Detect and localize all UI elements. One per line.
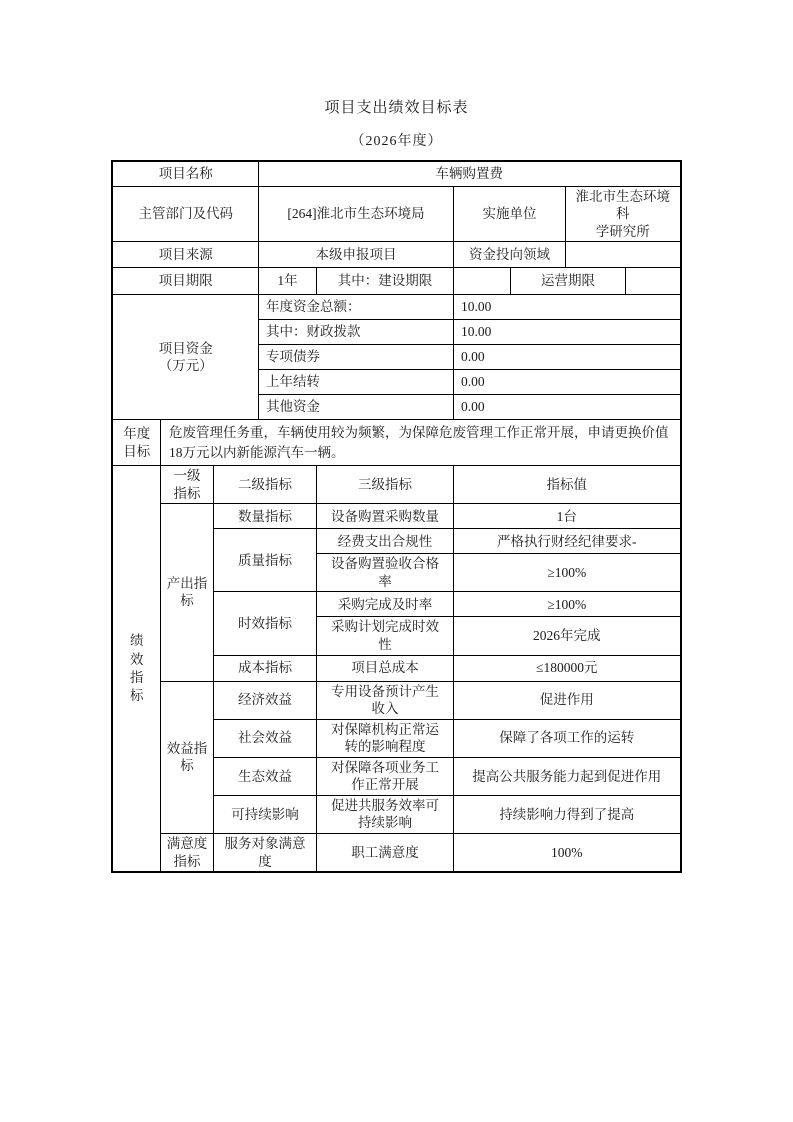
indicator-value: 1台 (454, 504, 681, 529)
dept-label: 主管部门及代码 (112, 186, 258, 242)
indicator-value: 2026年完成 (454, 617, 681, 655)
indicator-l2: 社会效益 (213, 719, 316, 757)
indicator-l2: 数量指标 (213, 504, 316, 529)
group-satisfaction-label: 满意度 指标 (160, 833, 213, 872)
period-label: 项目期限 (112, 268, 258, 295)
row-period: 项目期限 1年 其中：建设期限 运营期限 (112, 268, 680, 295)
indicator-l3: 对保障各项业务工 作正常开展 (317, 757, 454, 795)
project-name-value: 车辆购置费 (259, 161, 681, 186)
source-value: 本级申报项目 (259, 242, 454, 268)
indicator-l3: 促进共服务效率可 持续影响 (317, 795, 454, 833)
funding-row-label: 其中：财政拨款 (259, 320, 454, 345)
annual-goal-label: 年度 目标 (112, 420, 160, 466)
funding-row-value: 10.00 (454, 295, 681, 320)
build-period-label: 其中：建设期限 (317, 268, 454, 295)
header-level3: 三级指标 (317, 466, 454, 504)
indicator-row: 满意度 指标 服务对象满意度 职工满意度 100% (112, 833, 680, 872)
funding-row-label: 专项债券 (259, 345, 454, 370)
indicator-l3: 对保障机构正常运 转的影响程度 (317, 719, 454, 757)
annual-goal-text: 危废管理任务重，车辆使用较为频繁，为保障危废管理工作正常开展，申请更换价值 18… (160, 420, 680, 466)
group-output-label: 产出指 标 (160, 504, 213, 681)
indicator-value: ≤180000元 (454, 655, 681, 681)
indicator-l3: 设备购置验收合格 率 (317, 554, 454, 592)
funding-row-value: 0.00 (454, 370, 681, 395)
indicator-value: 持续影响力得到了提高 (454, 795, 681, 833)
indicator-l3: 采购计划完成时效 性 (317, 617, 454, 655)
page-title: 项目支出绩效目标表 (0, 96, 793, 117)
indicator-l2: 质量指标 (213, 529, 316, 592)
invest-field-label: 资金投向领域 (454, 242, 566, 268)
indicator-row: 效益指 标 经济效益 专用设备预计产生 收入 促进作用 (112, 681, 680, 719)
indicator-l3: 经费支出合规性 (317, 529, 454, 554)
row-funding-total: 项目资金 （万元） 年度资金总额： 10.00 (112, 295, 680, 320)
header-level1: 一级 指标 (160, 466, 213, 504)
row-department: 主管部门及代码 [264]淮北市生态环境局 实施单位 淮北市生态环境科 学研究所 (112, 186, 680, 242)
impl-unit-label: 实施单位 (454, 186, 566, 242)
funding-row-label: 其他资金 (259, 395, 454, 420)
source-label: 项目来源 (112, 242, 258, 268)
period-value: 1年 (259, 268, 317, 295)
funding-row-label: 上年结转 (259, 370, 454, 395)
funding-row-value: 10.00 (454, 320, 681, 345)
funding-row-label: 年度资金总额： (259, 295, 454, 320)
indicator-value: 100% (454, 833, 681, 872)
indicator-value: 提高公共服务能力起到促进作用 (454, 757, 681, 795)
row-project-name: 项目名称 车辆购置费 (112, 161, 680, 186)
indicator-l3: 专用设备预计产生 收入 (317, 681, 454, 719)
header-value: 指标值 (454, 466, 681, 504)
indicator-l3: 设备购置采购数量 (317, 504, 454, 529)
indicator-l3: 采购完成及时率 (317, 592, 454, 617)
row-annual-goal: 年度 目标 危废管理任务重，车辆使用较为频繁，为保障危废管理工作正常开展，申请更… (112, 420, 680, 466)
indicator-value: 保障了各项工作的运转 (454, 719, 681, 757)
indicator-value: 促进作用 (454, 681, 681, 719)
oper-period-value (626, 268, 681, 295)
indicators-side-label: 绩 效 指 标 (112, 466, 160, 873)
group-benefit-label: 效益指 标 (160, 681, 213, 833)
indicator-value: 严格执行财经纪律要求- (454, 529, 681, 554)
header-level2: 二级指标 (213, 466, 316, 504)
dept-value: [264]淮北市生态环境局 (259, 186, 454, 242)
indicator-l2: 可持续影响 (213, 795, 316, 833)
indicator-l2: 时效指标 (213, 592, 316, 655)
impl-unit-value: 淮北市生态环境科 学研究所 (566, 186, 681, 242)
page-subtitle: （2026年度） (0, 130, 793, 150)
indicator-l3: 项目总成本 (317, 655, 454, 681)
build-period-value (454, 268, 511, 295)
indicator-l2: 成本指标 (213, 655, 316, 681)
project-name-label: 项目名称 (112, 161, 258, 186)
funding-row-value: 0.00 (454, 345, 681, 370)
oper-period-label: 运营期限 (511, 268, 626, 295)
indicator-l3: 职工满意度 (317, 833, 454, 872)
row-indicator-header: 绩 效 指 标 一级 指标 二级指标 三级指标 指标值 (112, 466, 680, 504)
funding-row-value: 0.00 (454, 395, 681, 420)
indicator-value: ≥100% (454, 592, 681, 617)
indicator-l2: 服务对象满意度 (213, 833, 316, 872)
performance-target-table: 项目名称 车辆购置费 主管部门及代码 [264]淮北市生态环境局 实施单位 淮北… (111, 160, 681, 873)
funding-label: 项目资金 （万元） (112, 295, 258, 420)
indicator-l2: 经济效益 (213, 681, 316, 719)
indicator-l2: 生态效益 (213, 757, 316, 795)
indicator-row: 产出指 标 数量指标 设备购置采购数量 1台 (112, 504, 680, 529)
row-source: 项目来源 本级申报项目 资金投向领域 (112, 242, 680, 268)
indicator-value: ≥100% (454, 554, 681, 592)
invest-field-value (566, 242, 681, 268)
document-page: 项目支出绩效目标表 （2026年度） 项目名称 车辆购置费 主管部门及代码 [2… (0, 0, 793, 1122)
